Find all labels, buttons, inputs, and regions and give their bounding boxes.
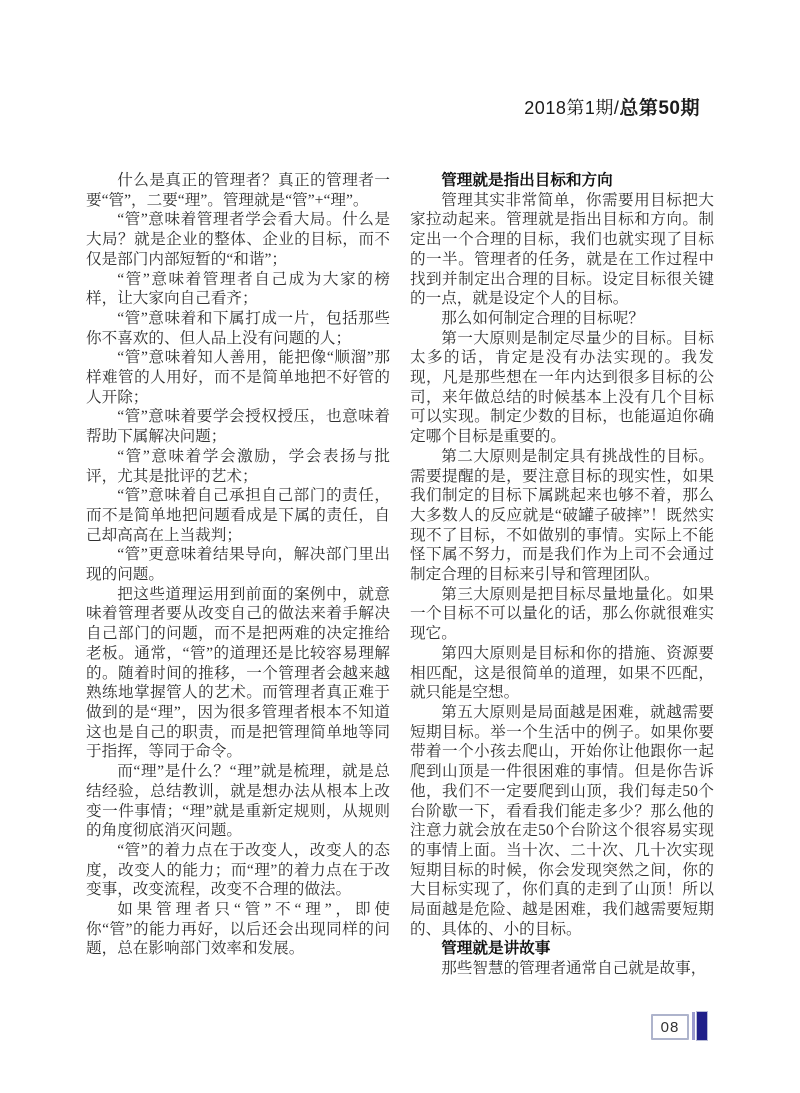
body-paragraph: 第五大原则是局面越是困难，就越需要短期目标。举一个生活中的例子。如果你要带着一个… [410, 703, 714, 939]
issue-number-regular: 2018第1期/ [524, 98, 619, 118]
body-paragraph: “管”意味着管理者自己成为大家的榜样，让大家向自己看齐； [86, 270, 390, 309]
section-heading: 管理就是指出目标和方向 [410, 171, 714, 191]
magazine-page: 2018第1期/总第50期 什么是真正的管理者？真正的管理者一要“管”，二要“理… [0, 0, 800, 1093]
page-number-box: 08 [651, 1014, 689, 1040]
body-paragraph: “管”意味着要学会授权授压，也意味着帮助下属解决问题； [86, 407, 390, 446]
body-paragraph: 如果管理者只“管”不“理”，即使你“管”的能力再好，以后还会出现同样的问题，总在… [86, 900, 390, 959]
body-paragraph: 什么是真正的管理者？真正的管理者一要“管”，二要“理”。管理就是“管”+“理”。 [86, 171, 390, 210]
body-paragraph: “管”意味着管理者学会看大局。什么是大局？就是企业的整体、企业的目标，而不仅是部… [86, 210, 390, 269]
body-paragraph: 管理其实非常简单，你需要用目标把大家拉动起来。管理就是指出目标和方向。制定出一个… [410, 191, 714, 309]
body-paragraph: 而“理”是什么？“理”就是梳理，就是总结经验，总结教训，就是想办法从根本上改变一… [86, 762, 390, 841]
page-number: 08 [661, 1019, 680, 1036]
footer-accent-bar-thin [692, 1012, 695, 1040]
journal-issue-header: 2018第1期/总第50期 [524, 93, 700, 120]
body-paragraph: 那些智慧的管理者通常自己就是故事， [410, 959, 714, 979]
body-paragraph: 第四大原则是目标和你的措施、资源要相匹配，这是很简单的道理，如果不匹配，就只能是… [410, 644, 714, 703]
article-columns: 什么是真正的管理者？真正的管理者一要“管”，二要“理”。管理就是“管”+“理”。… [86, 171, 714, 979]
body-paragraph: 第一大原则是制定尽量少的目标。目标太多的话，肯定是没有办法实现的。我发现，凡是那… [410, 329, 714, 447]
body-paragraph: 第三大原则是把目标尽量地量化。如果一个目标不可以量化的话，那么你就很难实现它。 [410, 585, 714, 644]
issue-number-bold: 总第50期 [619, 98, 700, 119]
left-column: 什么是真正的管理者？真正的管理者一要“管”，二要“理”。管理就是“管”+“理”。… [86, 171, 390, 979]
section-heading: 管理就是讲故事 [410, 939, 714, 959]
right-column: 管理就是指出目标和方向管理其实非常简单，你需要用目标把大家拉动起来。管理就是指出… [410, 171, 714, 979]
body-paragraph: 第二大原则是制定具有挑战性的目标。需要提醒的是，要注意目标的现实性，如果我们制定… [410, 447, 714, 585]
body-paragraph: “管”意味着自己承担自己部门的责任，而不是简单地把问题看成是下属的责任，自己却高… [86, 486, 390, 545]
body-paragraph: 把这些道理运用到前面的案例中，就意味着管理者要从改变自己的做法来着手解决自己部门… [86, 585, 390, 762]
body-paragraph: 那么如何制定合理的目标呢？ [410, 309, 714, 329]
body-paragraph: “管”意味着知人善用，能把像“顺溜”那样难管的人用好，而不是简单地把不好管的人开… [86, 348, 390, 407]
footer-accent-bar-thick [697, 1012, 707, 1040]
body-paragraph: “管”的着力点在于改变人，改变人的态度，改变人的能力；而“理”的着力点在于改变事… [86, 841, 390, 900]
body-paragraph: “管”意味着和下属打成一片，包括那些你不喜欢的、但人品上没有问题的人； [86, 309, 390, 348]
body-paragraph: “管”意味着学会激励，学会表扬与批评，尤其是批评的艺术； [86, 447, 390, 486]
body-paragraph: “管”更意味着结果导向，解决部门里出现的问题。 [86, 545, 390, 584]
